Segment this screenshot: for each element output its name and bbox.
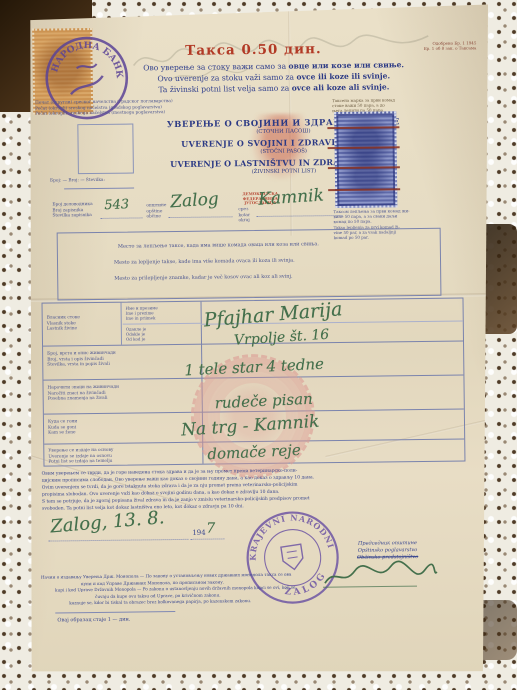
approval-note: Одобрено Бр. 1 1945 Бр. 1 об 8 зак. о Та… (348, 40, 476, 52)
row1-owner-labels: Власник стокеVlasnik stokeLastnik živine (47, 315, 80, 332)
municipality-value: Zalog (170, 189, 220, 212)
date-line (48, 539, 188, 542)
photo-scene: НАРОДНА БАНКА Такса 0.50 дин. Одобрено Б… (0, 0, 517, 690)
register-number-labels: Број деловодникаBroj zapisnikaŠtevilka z… (52, 202, 93, 219)
footer-fine-print: Начин о издавању Уверења Држ. Монопола —… (41, 569, 473, 607)
register-number-value: 543 (104, 197, 130, 213)
row5-basis-labels: Уверење се издаје на основуUverenje se i… (48, 448, 113, 466)
register-number-line (100, 217, 142, 219)
row2-desc-labels: Број, врста и опис живинчадиBroj, vrsta … (47, 351, 116, 369)
year-printed: 194 (192, 529, 205, 537)
district-value: Kamnik (258, 185, 325, 209)
validity-warnings: Ово уверење за стоку важи само за овце и… (74, 58, 474, 96)
certification-paragraph: Овим уверењем се тврди, да је горе навед… (42, 465, 470, 512)
footer-divider (55, 611, 175, 613)
row1-name-sublabels: Име и презимеIme i prezimeIme in priimek (126, 305, 158, 321)
year-line (190, 538, 224, 539)
district-labels: срезkotarokraj (238, 207, 250, 224)
seal-number-line (64, 188, 134, 190)
row3-marks-labels: Нарочити знаци на живинчадиNaročiti znac… (48, 385, 120, 403)
tax-space-line-1: Место за лепљење таксе, када има више ко… (118, 241, 319, 249)
tax-space-line-2: Mesto za lepljenje takse, kade ima više … (114, 258, 295, 266)
row1-from-sublabels: Одакле јеOdakle jeOd kod je (126, 326, 147, 342)
year-handwritten: 7 (206, 521, 215, 537)
tax-space-line-3: Mesto za prilepljenje znamke, kadar je v… (114, 274, 292, 282)
tax-space-box: Место за лепљење таксе, када има више ко… (57, 228, 442, 301)
municipality-labels: општинеopštineobčine (146, 203, 166, 220)
seal-placeholder-box (77, 124, 134, 175)
price-line: Овај образац стаје 1 — дин. (57, 617, 130, 624)
approval-line-2: Бр. 1 об 8 зак. о Таксама (348, 46, 476, 53)
district-line (256, 215, 342, 217)
tax-title: Такса 0.50 дин. (138, 41, 368, 60)
seal-number-label: Број: — Broj: — Številka: (50, 178, 105, 184)
row4-destination-labels: Куда се гониKuda se goniKam se žene (48, 419, 78, 436)
seal-instructions: Печат (округли) среског начелства (градс… (35, 98, 265, 118)
document-paper: НАРОДНА БАНКА Такса 0.50 дин. Одобрено Б… (18, 3, 498, 681)
municipality-line (168, 216, 232, 218)
